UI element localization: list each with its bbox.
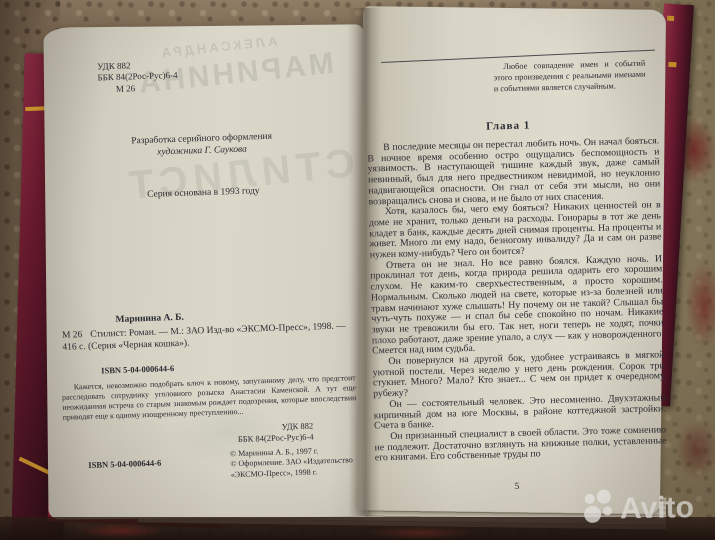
imprint-block: М 26Стилист: Роман. — М.: ЗАО Изд-во «ЭК… [62,321,357,354]
chapter-heading: Глава 1 [357,116,660,137]
body-text-column: В последние месяцы он перестал любить но… [367,136,667,464]
book-photo: АЛЕКСАНДРА МАРИНИНА СТИЛИСТ УДК 882 ББК … [0,0,715,540]
isbn-mid: ISBN 5-04-000644-6 [101,363,174,376]
disclaimer-note: Любое совпадение имен и событий этого пр… [493,59,646,95]
imprint-text: Стилист: Роман. — М.: ЗАО Изд-во «ЭКСМО-… [62,321,346,352]
isbn-bottom: ISBN 5-04-000644-6 [88,458,161,471]
body-paragraph: Хотя, казалось бы, чего ему бояться? Ник… [369,201,662,262]
right-page: Любое совпадение имен и событий этого пр… [357,6,666,514]
avito-logo-icon [584,489,619,530]
body-paragraph: Он признанный специалист в своей области… [374,425,667,464]
annotation-text: Кажется, невозможно подобрать ключ к нов… [62,373,357,423]
avito-watermark-label: Avito [620,488,695,529]
udk-bbk-block: УДК 882 ББК 84(2Рос-Рус)6-4 М 26 [97,59,178,95]
index-code: М 26 [62,330,83,341]
body-paragraph: В последние месяцы он перестал любить но… [367,136,660,207]
copyright-design: © Оформление. ЗАО «Издательство «ЭКСМО-П… [230,455,361,480]
avito-watermark: Avito [584,488,695,530]
cover-yellow-mark [668,62,676,67]
cover-yellow-mark [667,16,674,21]
left-page: АЛЕКСАНДРА МАРИНИНА СТИЛИСТ УДК 882 ББК … [43,24,368,519]
author-heading: Маринина А. Б. [115,313,184,327]
body-paragraph: Ответа он не знал. Но все равно боялся. … [370,254,664,357]
copyright-block: © Маринина А. Б., 1997 г. © Оформление. … [230,445,361,480]
